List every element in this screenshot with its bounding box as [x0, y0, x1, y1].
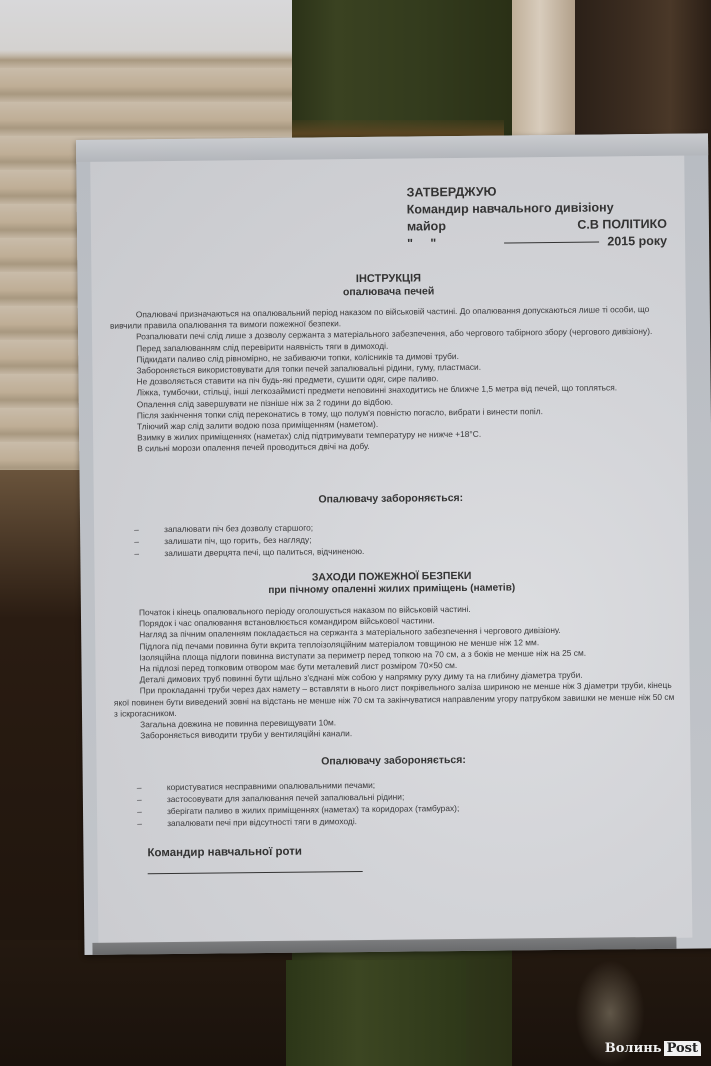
watermark-logo: Волинь Post — [605, 1041, 701, 1056]
instruction-body: Опалювачі призначаються на опалювальний … — [110, 304, 673, 456]
watermark-text: Волинь — [605, 1041, 662, 1056]
approval-date-line — [504, 242, 599, 244]
background-beam — [505, 0, 575, 150]
plastic-sleeve: ЗАТВЕРДЖУЮ Командир навчального дивізіон… — [76, 133, 711, 955]
dash-bullet-icon: – — [134, 547, 164, 559]
prohibited-heading-1: Опалювачу забороняється: — [94, 490, 688, 508]
metal-pole-lower — [286, 960, 466, 1066]
approval-block: ЗАТВЕРДЖУЮ Командир навчального дивізіон… — [406, 182, 667, 253]
prohibited-list-2: –користуватися несправними опалювальними… — [137, 776, 671, 830]
approval-year: 2015 року — [607, 234, 667, 249]
list-item-text: запалювати печі при відсутності тяги в д… — [167, 815, 357, 829]
dash-bullet-icon: – — [134, 535, 164, 547]
approval-rank: майор — [407, 218, 446, 235]
prohibited-heading-2: Опалювачу забороняється: — [96, 752, 690, 770]
signature-label: Командир навчальної роти — [147, 846, 302, 860]
fire-safety-body: Початок і кінець опалювального періоду о… — [113, 602, 676, 742]
dash-bullet-icon: – — [137, 793, 167, 805]
instruction-title-block: ІНСТРУКЦІЯ опалювача печей — [91, 270, 685, 301]
list-item-text: залишати дверцята печі, що палиться, від… — [164, 545, 364, 559]
notice-document: ЗАТВЕРДЖУЮ Командир навчального дивізіон… — [90, 156, 692, 944]
approval-name: С.В ПОЛІТИКО — [577, 216, 667, 234]
dash-bullet-icon: – — [137, 817, 167, 829]
approval-date-quotes: " " — [407, 235, 436, 252]
signature-line — [148, 871, 363, 874]
watermark-badge: Post — [664, 1041, 701, 1056]
prohibited-list-1: –запалювати піч без дозволу старшого;–за… — [134, 518, 668, 560]
dash-bullet-icon: – — [137, 781, 167, 793]
dash-bullet-icon: – — [134, 523, 164, 535]
dash-bullet-icon: – — [137, 805, 167, 817]
